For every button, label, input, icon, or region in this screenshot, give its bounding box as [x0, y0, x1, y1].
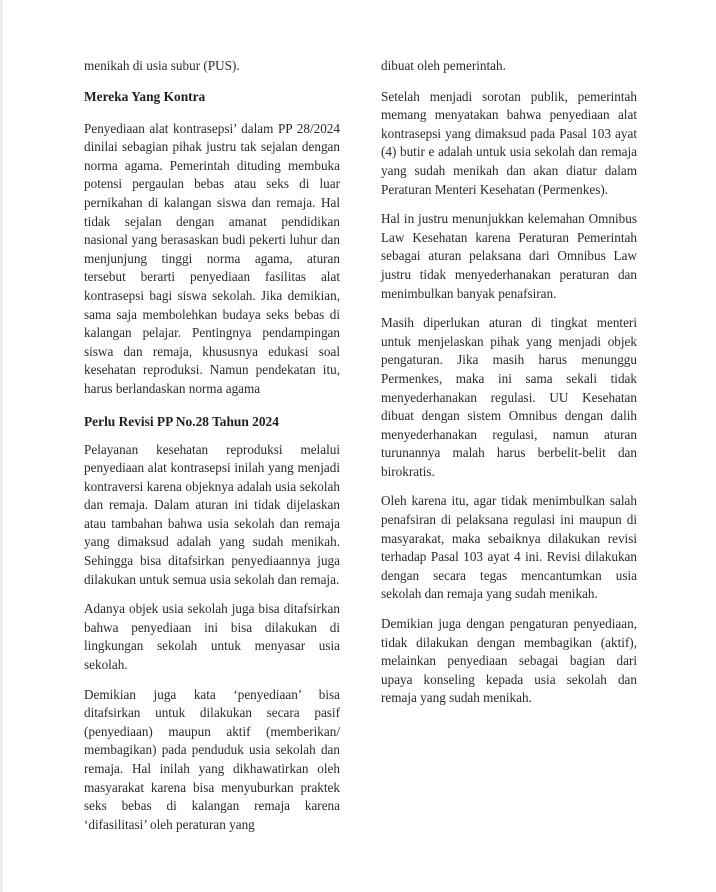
- section-heading-revisi: Perlu Revisi PP No.28 Tahun 2024: [84, 413, 340, 431]
- paragraph: Masih diperlukan aturan di tingkat mente…: [381, 314, 637, 481]
- left-column: menikah di usia subur (PUS). Mereka Yang…: [84, 57, 340, 845]
- paragraph: Demikian juga dengan pengaturan penyedia…: [381, 615, 637, 708]
- continuation-text: menikah di usia subur (PUS).: [84, 57, 340, 76]
- paragraph: Adanya objek usia sekolah juga bisa dita…: [84, 600, 340, 674]
- paragraph: Hal in justru menunjukkan kelemahan Omni…: [381, 210, 637, 303]
- right-column: dibuat oleh pemerintah. Setelah menjadi …: [381, 57, 637, 719]
- page-edge: [0, 0, 3, 892]
- paragraph: Penyediaan alat kontrasepsi’ dalam PP 28…: [84, 120, 340, 399]
- paragraph: Setelah menjadi sorotan publik, pemerint…: [381, 88, 637, 200]
- paragraph: Demikian juga kata ‘penyediaan’ bisa dit…: [84, 686, 340, 835]
- paragraph: Pelayanan kesehatan reproduksi melalui p…: [84, 441, 340, 590]
- paragraph: Oleh karena itu, agar tidak menimbulkan …: [381, 492, 637, 604]
- section-heading-kontra: Mereka Yang Kontra: [84, 88, 340, 106]
- continuation-text: dibuat oleh pemerintah.: [381, 57, 637, 76]
